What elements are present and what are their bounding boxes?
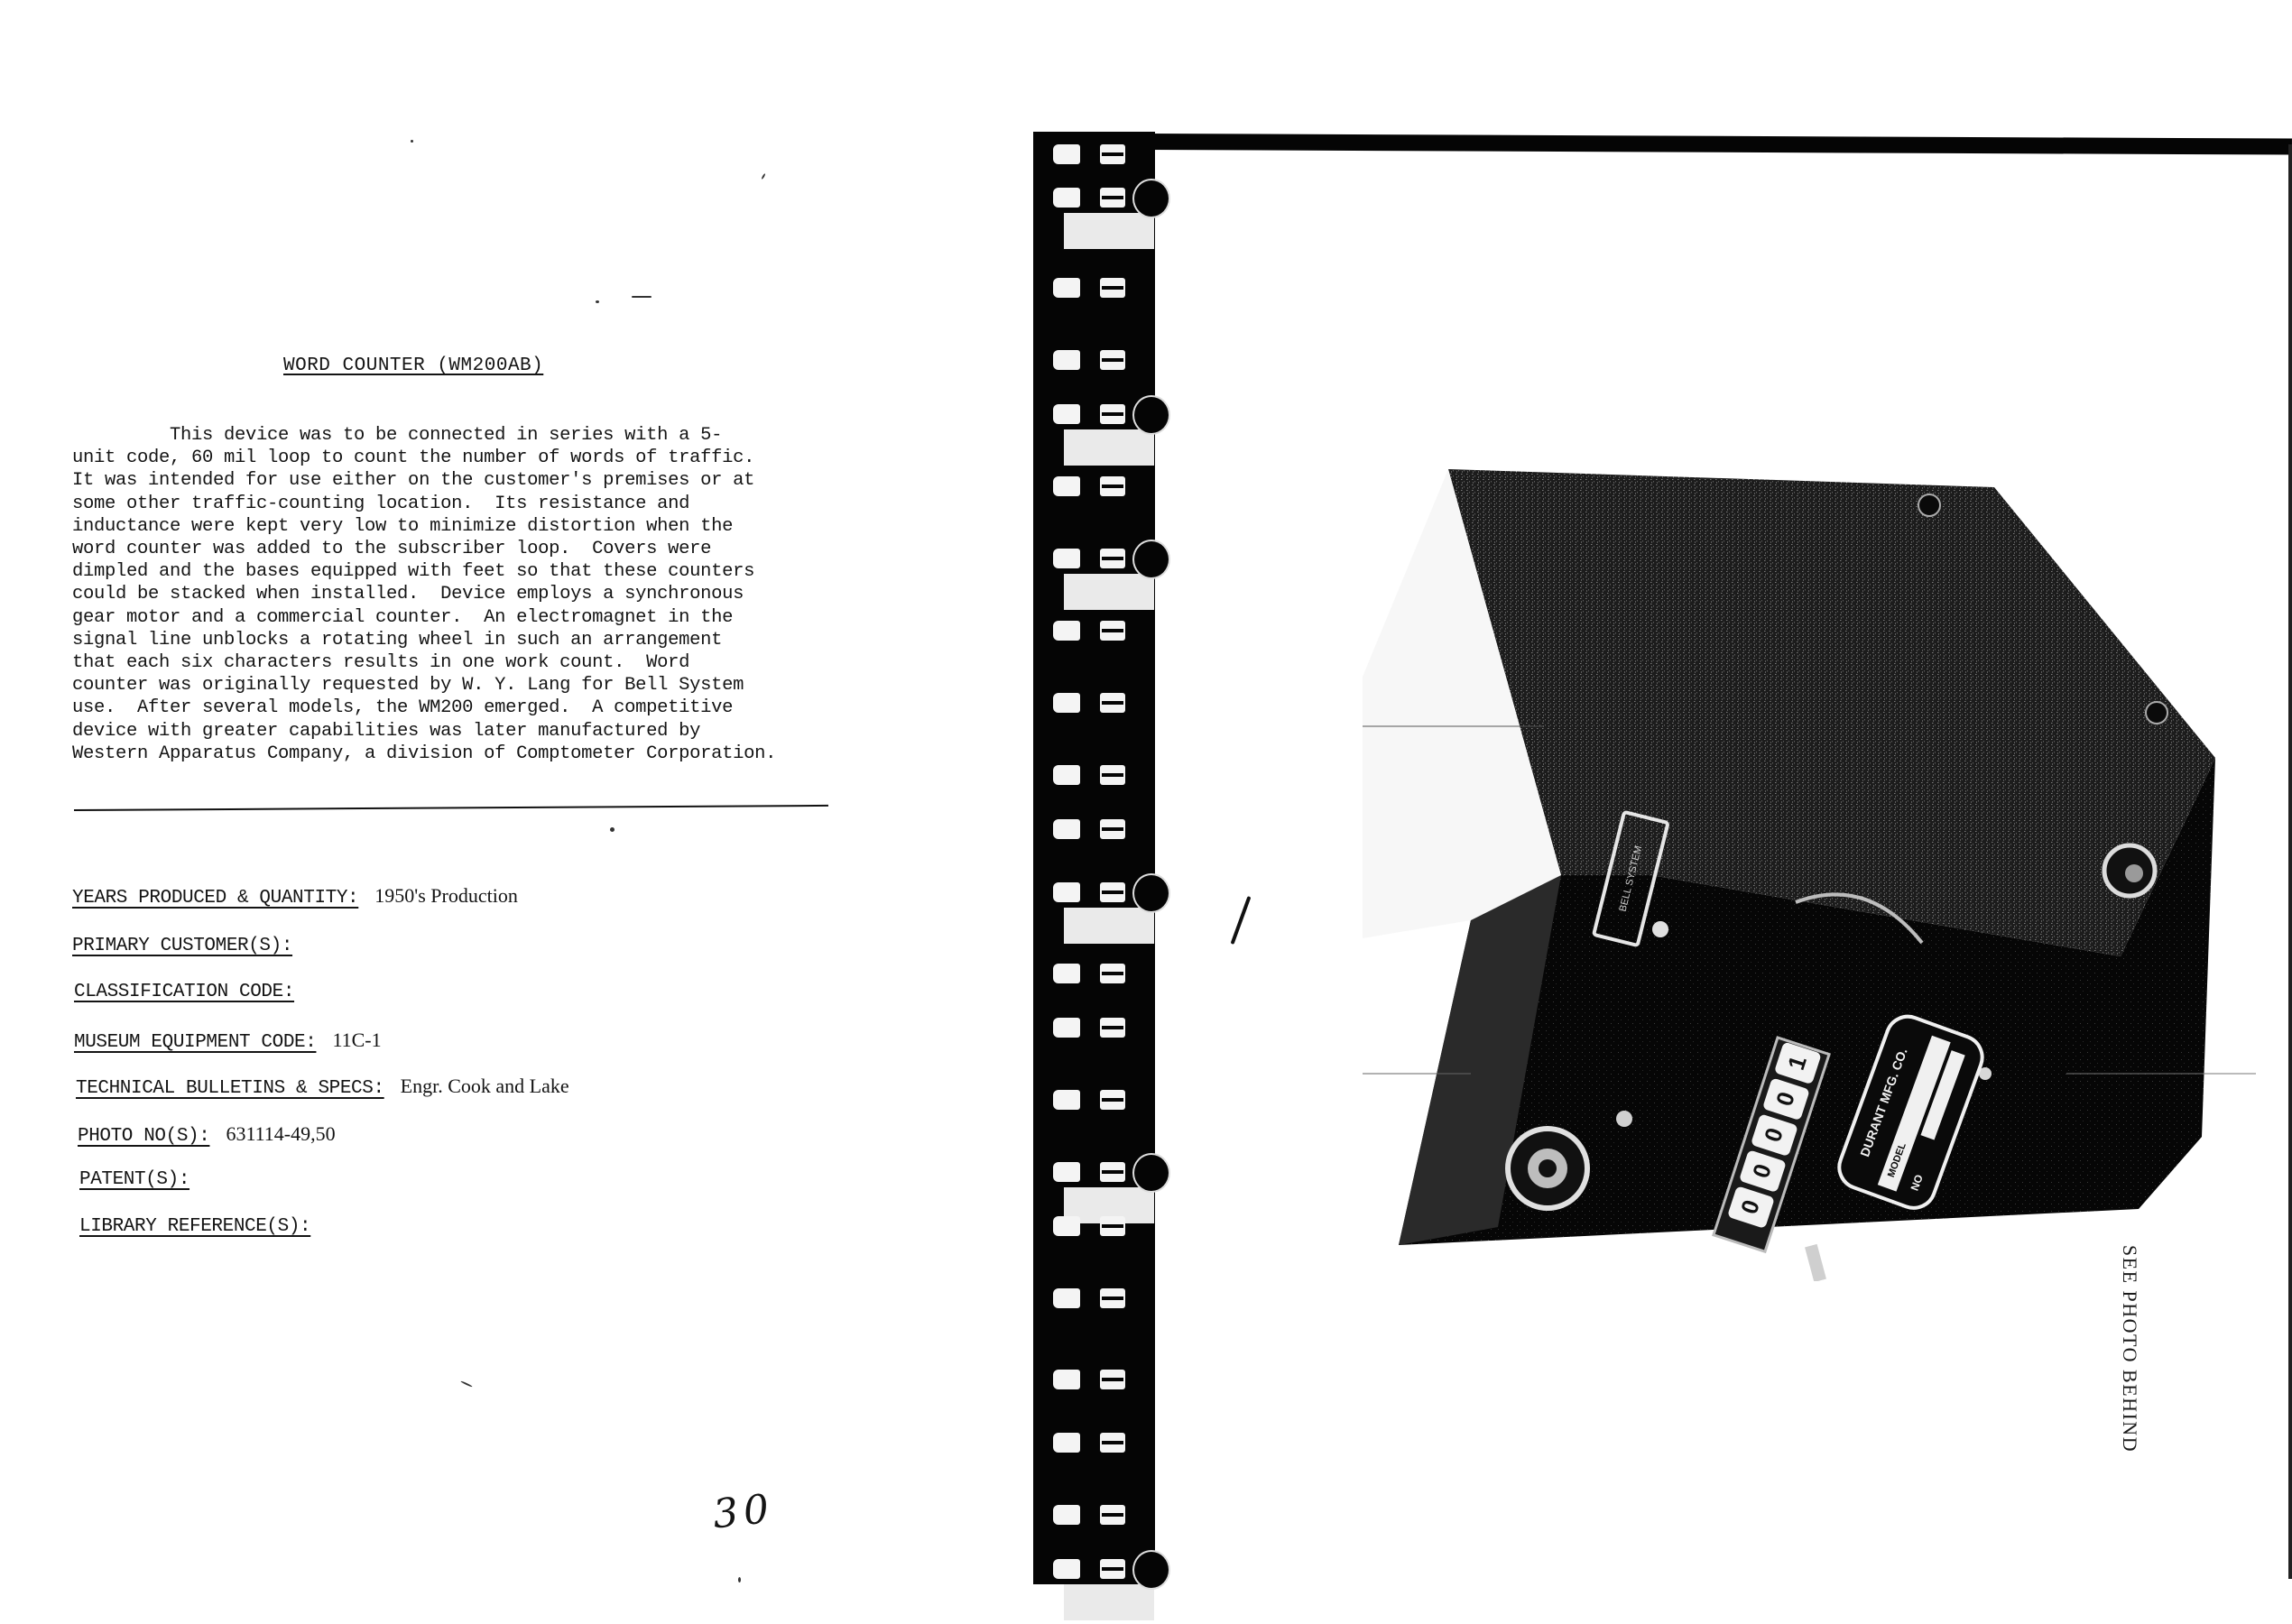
device-photo: BELL SYSTEM 00001 DURANT MFG. CO. MODEL …: [1363, 451, 2256, 1281]
record-field: CLASSIFICATION CODE:: [74, 982, 294, 1002]
page-number: 30: [711, 1486, 777, 1538]
description-line: It was intended for use either on the cu…: [72, 469, 884, 492]
record-field: YEARS PRODUCED & QUANTITY:1950's Product…: [72, 884, 518, 909]
scan-speck: [738, 1577, 741, 1582]
binder-ring: [1049, 186, 1136, 211]
description-line: could be stacked when installed. Device …: [72, 583, 884, 605]
binder-ring: [1049, 1214, 1136, 1240]
field-value: Engr. Cook and Lake: [401, 1075, 569, 1097]
binder-ring: [1049, 763, 1136, 789]
binder-ring: [1049, 1557, 1136, 1582]
document-page: WORD COUNTER (WM200AB) This device was t…: [0, 0, 1011, 1624]
binder-ring: [1049, 619, 1136, 644]
description-line: counter was originally requested by W. Y…: [72, 674, 884, 697]
description-line: device with greater capabilities was lat…: [72, 720, 884, 743]
binder-ring: [1049, 348, 1136, 374]
record-field: MUSEUM EQUIPMENT CODE:11C-1: [74, 1029, 382, 1053]
field-label: MUSEUM EQUIPMENT CODE:: [74, 1032, 316, 1053]
record-field: PHOTO NO(S):631114-49,50: [78, 1122, 336, 1147]
scan-speck: [632, 296, 652, 298]
description-line: that each six characters results in one …: [72, 651, 884, 674]
description-line: some other traffic-counting location. It…: [72, 493, 884, 515]
scan-speck: [596, 300, 599, 303]
description-line: dimpled and the bases equipped with feet…: [72, 560, 884, 583]
binder-ring: [1049, 1503, 1136, 1528]
see-photo-behind-stamp: SEE PHOTO BEHIND: [2112, 1245, 2148, 1453]
description-line: word counter was added to the subscriber…: [72, 538, 884, 560]
record-field: LIBRARY REFERENCE(S):: [79, 1216, 310, 1237]
scan-speck: [460, 1380, 473, 1388]
record-field: PATENT(S):: [79, 1169, 189, 1190]
field-value: 1950's Production: [374, 884, 518, 907]
binder-ring: [1049, 817, 1136, 843]
document-title: WORD COUNTER (WM200AB): [283, 355, 543, 376]
field-label: CLASSIFICATION CODE:: [74, 982, 294, 1002]
binder-ring: [1049, 547, 1136, 572]
description-line: inductance were kept very low to minimiz…: [72, 515, 884, 538]
stamp-text: SEE PHOTO BEHIND: [2118, 1245, 2141, 1453]
binder-ring: [1049, 1160, 1136, 1186]
field-label: LIBRARY REFERENCE(S):: [79, 1216, 310, 1237]
page-edge-right: [2288, 144, 2292, 1579]
field-value: 631114-49,50: [226, 1122, 335, 1145]
binder-spine: [1033, 132, 1151, 1584]
section-divider: [74, 805, 828, 811]
field-label: YEARS PRODUCED & QUANTITY:: [72, 888, 358, 909]
binder-ring: [1049, 1431, 1136, 1456]
binder-ring: [1049, 881, 1136, 906]
description-line: use. After several models, the WM200 eme…: [72, 697, 884, 719]
binder-ring: [1049, 1368, 1136, 1393]
description-line: gear motor and a commercial counter. An …: [72, 606, 884, 629]
binder-ring: [1049, 1016, 1136, 1041]
binder-ring: [1049, 276, 1136, 301]
field-label: PATENT(S):: [79, 1169, 189, 1190]
binder-ring: [1049, 962, 1136, 987]
description-line: This device was to be connected in serie…: [72, 424, 884, 447]
description-line: signal line unblocks a rotating wheel in…: [72, 629, 884, 651]
scan-speck: [761, 173, 765, 180]
connector-knob: [1508, 1129, 1587, 1208]
record-field: PRIMARY CUSTOMER(S):: [72, 936, 292, 956]
field-label: PRIMARY CUSTOMER(S):: [72, 936, 292, 956]
binder-ring: [1049, 475, 1136, 500]
binder-ring: [1049, 1088, 1136, 1113]
scan-speck: [411, 140, 413, 143]
binder-ring: [1049, 1287, 1136, 1312]
document-description: This device was to be connected in serie…: [72, 424, 884, 765]
binder-ring: [1049, 143, 1136, 168]
description-line: Western Apparatus Company, a division of…: [72, 743, 884, 765]
field-label: PHOTO NO(S):: [78, 1126, 209, 1147]
binder-ring: [1049, 402, 1136, 428]
binder-ring: [1049, 691, 1136, 716]
field-label: TECHNICAL BULLETINS & SPECS:: [76, 1078, 384, 1099]
description-line: unit code, 60 mil loop to count the numb…: [72, 447, 884, 469]
connector-knob-right: [2104, 845, 2155, 896]
field-value: 11C-1: [332, 1029, 381, 1051]
record-field: TECHNICAL BULLETINS & SPECS:Engr. Cook a…: [76, 1075, 569, 1099]
scan-speck: [610, 827, 615, 832]
